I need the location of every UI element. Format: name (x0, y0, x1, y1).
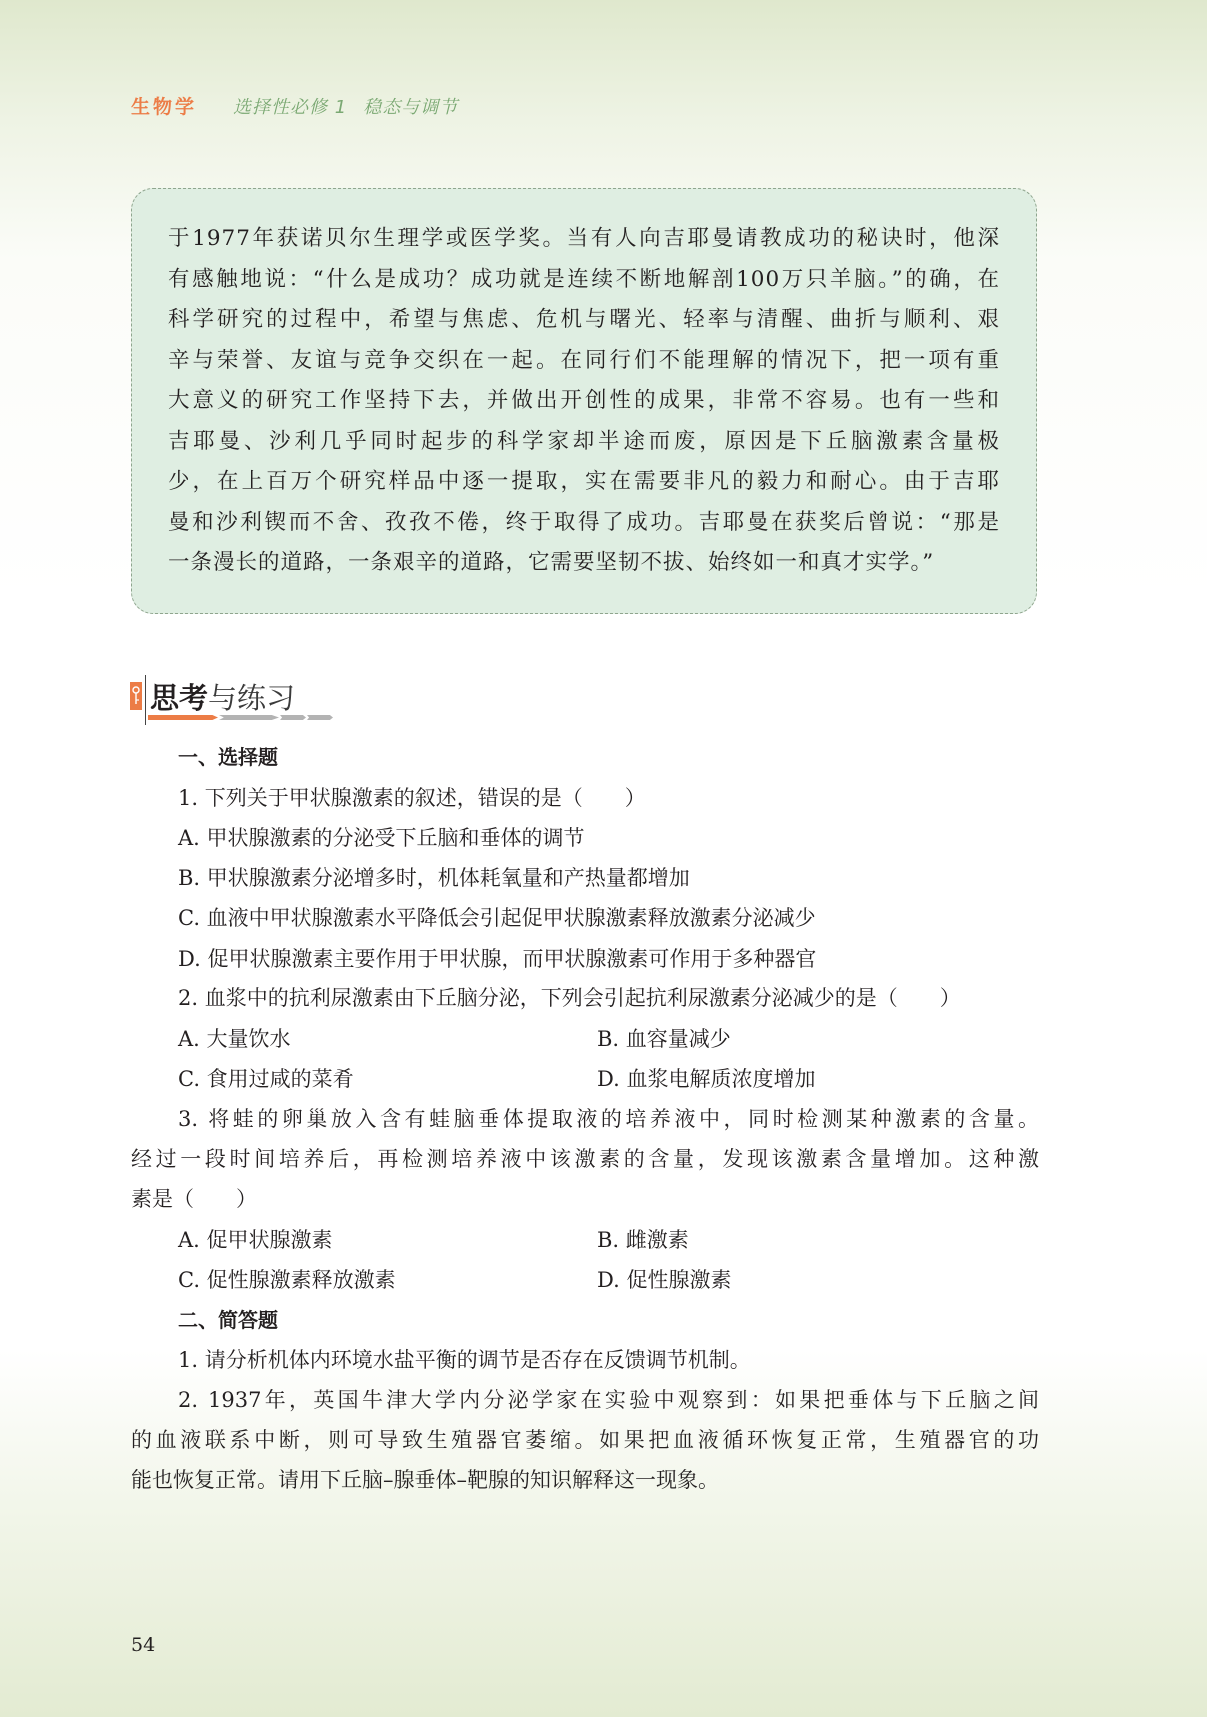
q2-option-d: D. 血浆电解质浓度增加 (597, 1065, 815, 1093)
section-title: 思考与练习 (150, 676, 295, 717)
short-answer-2-line: 能也恢复正常。请用下丘脑–腺垂体–靶腺的知识解释这一现象。 (131, 1466, 719, 1494)
q3-option-b: B. 雌激素 (597, 1226, 689, 1254)
key-icon (130, 682, 142, 710)
underline-gray-segment (219, 715, 279, 720)
q1-option-c: C. 血液中甲状腺激素水平降低会引起促甲状腺激素释放激素分泌减少 (178, 904, 816, 932)
q2-option-a: A. 大量饮水 (178, 1025, 291, 1053)
q1-stem: 1. 下列关于甲状腺激素的叙述，错误的是（ ） (178, 784, 646, 812)
q2-option-b: B. 血容量减少 (597, 1025, 731, 1053)
heading-underline (148, 715, 333, 720)
q2-stem: 2. 血浆中的抗利尿激素由下丘脑分泌，下列会引起抗利尿激素分泌减少的是（ ） (178, 984, 961, 1012)
heading-divider (145, 675, 146, 725)
q3-stem-line: 素是（ ） (131, 1185, 257, 1213)
q3-stem-line: 3. 将蛙的卵巢放入含有蛙脑垂体提取液的培养液中，同时检测某种激素的含量。 (178, 1105, 1039, 1133)
page-number: 54 (131, 1634, 155, 1656)
q2-option-c: C. 食用过咸的菜肴 (178, 1065, 354, 1093)
book-label: 选择性必修 1 (233, 93, 347, 119)
part1-heading: 一、选择题 (178, 743, 278, 771)
q1-option-d: D. 促甲状腺激素主要作用于甲状腺，而甲状腺激素可作用于多种器官 (178, 945, 816, 973)
running-header: 生物学 选择性必修 1 稳态与调节 (131, 92, 458, 119)
short-answer-2-line: 2. 1937年，英国牛津大学内分泌学家在实验中观察到：如果把垂体与下丘脑之间 (178, 1386, 1039, 1414)
underline-gray-segment (307, 715, 333, 720)
story-line: 科学研究的过程中，希望与焦虑、危机与曙光、轻率与清醒、曲折与顺利、艰 (168, 300, 1000, 341)
q1-option-b: B. 甲状腺激素分泌增多时，机体耗氧量和产热量都增加 (178, 864, 690, 892)
q3-stem-line: 经过一段时间培养后，再检测培养液中该激素的含量，发现该激素含量增加。这种激 (131, 1145, 1039, 1173)
story-line: 大意义的研究工作坚持下去，并做出开创性的成果，非常不容易。也有一些和 (168, 381, 1000, 422)
q1-option-a: A. 甲状腺激素的分泌受下丘脑和垂体的调节 (178, 824, 585, 852)
q3-option-d: D. 促性腺激素 (597, 1266, 731, 1294)
section-title-light: 与练习 (208, 681, 295, 715)
story-line: 吉耶曼、沙利几乎同时起步的科学家却半途而废，原因是下丘脑激素含量极 (168, 422, 1000, 463)
story-line: 于1977年获诺贝尔生理学或医学奖。当有人向吉耶曼请教成功的秘诀时，他深 (168, 219, 1000, 260)
underline-orange-segment (148, 715, 218, 720)
subject-label: 生物学 (131, 92, 197, 119)
book-title-label: 稳态与调节 (363, 93, 458, 119)
story-line: 一条漫长的道路，一条艰辛的道路，它需要坚韧不拔、始终如一和真才实学。” (168, 543, 1000, 584)
short-answer-2-line: 的血液联系中断，则可导致生殖器官萎缩。如果把血液循环恢复正常，生殖器官的功 (131, 1426, 1039, 1454)
q3-option-c: C. 促性腺激素释放激素 (178, 1266, 396, 1294)
short-answer-1: 1. 请分析机体内环境水盐平衡的调节是否存在反馈调节机制。 (178, 1346, 751, 1374)
story-box: 于1977年获诺贝尔生理学或医学奖。当有人向吉耶曼请教成功的秘诀时，他深 有感触… (131, 188, 1037, 614)
part2-heading: 二、简答题 (178, 1306, 278, 1334)
story-line: 曼和沙利锲而不舍、孜孜不倦，终于取得了成功。吉耶曼在获奖后曾说：“那是 (168, 503, 1000, 544)
story-line: 少，在上百万个研究样品中逐一提取，实在需要非凡的毅力和耐心。由于吉耶 (168, 462, 1000, 503)
underline-gray-segment (280, 715, 306, 720)
q3-option-a: A. 促甲状腺激素 (178, 1226, 333, 1254)
section-title-bold: 思考 (150, 681, 208, 715)
section-heading: 思考与练习 (130, 672, 330, 726)
story-line: 辛与荣誉、友谊与竞争交织在一起。在同行们不能理解的情况下，把一项有重 (168, 341, 1000, 382)
story-line: 有感触地说：“什么是成功？成功就是连续不断地解剖100万只羊脑。”的确，在 (168, 260, 1000, 301)
